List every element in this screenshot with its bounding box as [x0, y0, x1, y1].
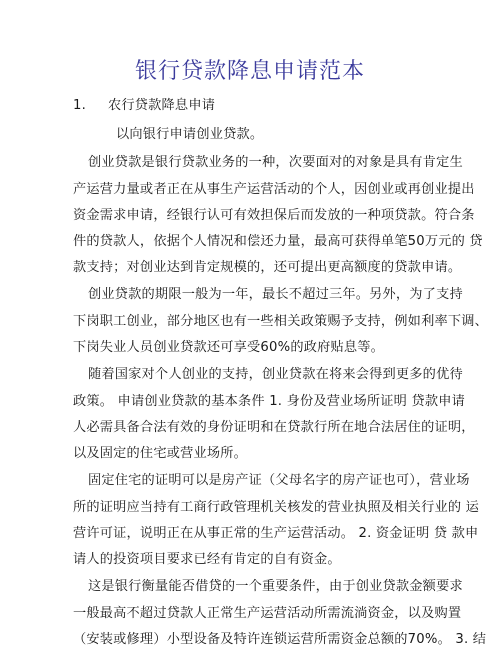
section-number: 1. — [73, 96, 86, 116]
document-page: 银行贷款降息申请范本 1. 农行贷款降息申请 以向银行申请创业贷款。 创业贷款是… — [0, 0, 500, 657]
paragraph-line: 以及固定的住宅或营业场所。 — [73, 444, 438, 464]
paragraph-line: 营许可证，说明正在从事正常的生产运营活动。 2. 资金证明 贷 款申 — [73, 524, 438, 544]
paragraph-line: 件的贷款人，依据个人情况和偿还力量，最高可获得单笔50万元的 贷 — [73, 232, 438, 252]
paragraph-line: 所的证明应当持有工商行政管理机关核发的营业执照及相关行业的 运 — [73, 498, 438, 518]
paragraph-line: 政策。 申请创业贷款的基本条件 1. 身份及营业场所证明 贷款申请 — [73, 392, 438, 412]
section-heading-text: 农行贷款降息申请 — [108, 96, 215, 116]
paragraph-line: 款支持；对创业达到肯定规模的，还可提出更高额度的贷款申请。 — [73, 258, 438, 278]
paragraph-line: 一般最高不超过贷款人正常生产运营活动所需流淌资金，以及购置 — [73, 604, 438, 624]
paragraph-line: 随着国家对个人创业的支持，创业贷款在将来会得到更多的优待 — [88, 365, 453, 385]
paragraph-line: 产运营力量或者正在从事生产运营活动的个人，因创业或再创业提出 — [73, 180, 438, 200]
paragraph-line: （安装或修理）小型设备及特许连锁运营所需资金总额的70%。 3. 结 — [73, 630, 438, 650]
document-title: 银行贷款降息申请范本 — [0, 55, 500, 89]
paragraph-line: 人必需具备合法有效的身份证明和在贷款行所在地合法居住的证明， — [73, 418, 438, 438]
paragraph-line: 固定住宅的证明可以是房产证（父母名字的房产证也可），营业场 — [88, 471, 453, 491]
paragraph-line: 创业贷款的期限一般为一年，最长不超过三年。另外，为了支持 — [88, 285, 453, 305]
paragraph-line: 下岗职工创业，部分地区也有一些相关政策赐予支持，例如利率下调、 — [73, 312, 438, 332]
paragraph-line: 下岗失业人员创业贷款还可享受60%的政府贴息等。 — [73, 338, 438, 358]
paragraph-line: 这是银行衡量能否借贷的一个重要条件，由于创业贷款金额要求 — [88, 577, 453, 597]
paragraph-line: 以向银行申请创业贷款。 — [116, 125, 481, 145]
paragraph-line: 请人的投资项目要求已经有肯定的自有资金。 — [73, 550, 438, 570]
paragraph-line: 创业贷款是银行贷款业务的一种，次要面对的对象是具有肯定生 — [88, 153, 453, 173]
paragraph-line: 资金需求申请，经银行认可有效担保后而发放的一种项贷款。符合条 — [73, 206, 438, 226]
